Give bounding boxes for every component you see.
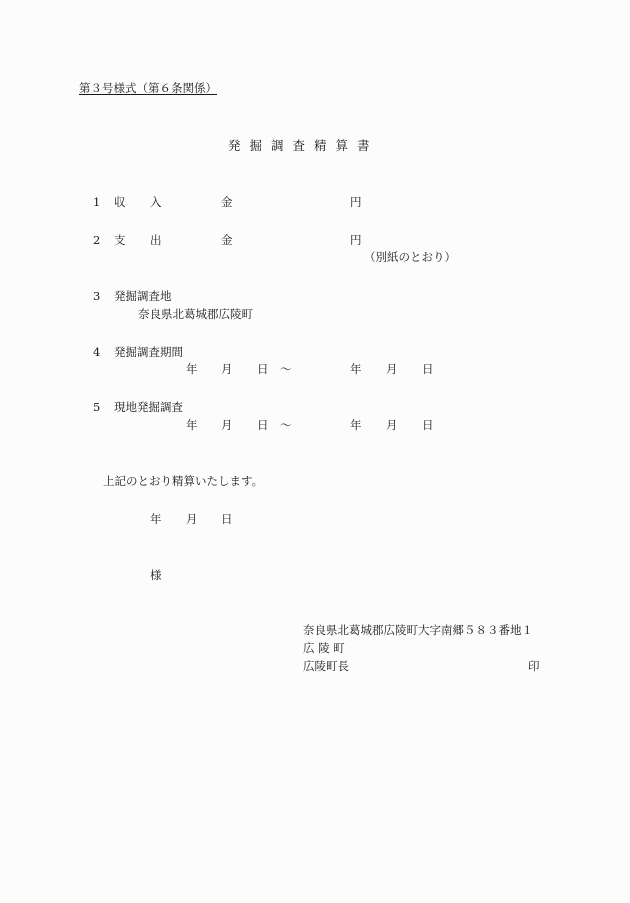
date-year: 年: [150, 512, 162, 526]
start-month: 月: [221, 362, 233, 376]
item-number: 4: [93, 345, 100, 359]
item-label: 発掘調査地: [114, 289, 172, 303]
item-label-a: 支: [114, 233, 126, 247]
item-label: 発掘調査期間: [114, 345, 183, 359]
sender-address: 奈良県北葛城郡広陵町大字南郷５８３番地１: [303, 623, 533, 637]
amount-label: 金: [221, 195, 233, 209]
start-day: 日: [257, 418, 269, 432]
end-year: 年: [350, 418, 362, 432]
item-label: 現地発掘調査: [114, 400, 183, 414]
item-number: 1: [93, 195, 100, 209]
sender-town: 広 陵 町: [303, 641, 345, 655]
end-day: 日: [422, 418, 434, 432]
end-year: 年: [350, 362, 362, 376]
start-month: 月: [221, 418, 233, 432]
date-month: 月: [186, 512, 198, 526]
addressee-suffix: 様: [150, 568, 162, 582]
item-number: 3: [93, 289, 100, 303]
range-tilde: ～: [280, 418, 292, 432]
item-label-b: 出: [150, 233, 162, 247]
start-year: 年: [186, 418, 198, 432]
range-tilde: ～: [280, 362, 292, 376]
statement: 上記のとおり精算いたします。: [103, 474, 263, 488]
form-number: 第３号様式（第６条関係）: [79, 81, 217, 95]
date-day: 日: [221, 512, 233, 526]
item-number: 5: [93, 400, 100, 414]
amount-label: 金: [221, 233, 233, 247]
attachment-note: （別紙のとおり）: [364, 250, 456, 264]
seal-mark: 印: [528, 659, 540, 673]
yen-unit: 円: [350, 233, 362, 247]
item-label-a: 収: [114, 195, 126, 209]
item-label-b: 入: [150, 195, 162, 209]
item-number: 2: [93, 233, 100, 247]
end-day: 日: [422, 362, 434, 376]
document-title: 発掘調査精算書: [228, 139, 379, 153]
end-month: 月: [386, 418, 398, 432]
site-location: 奈良県北葛城郡広陵町: [138, 307, 253, 321]
start-day: 日: [257, 362, 269, 376]
end-month: 月: [386, 362, 398, 376]
sender-mayor: 広陵町長: [303, 659, 349, 673]
yen-unit: 円: [350, 195, 362, 209]
start-year: 年: [186, 362, 198, 376]
